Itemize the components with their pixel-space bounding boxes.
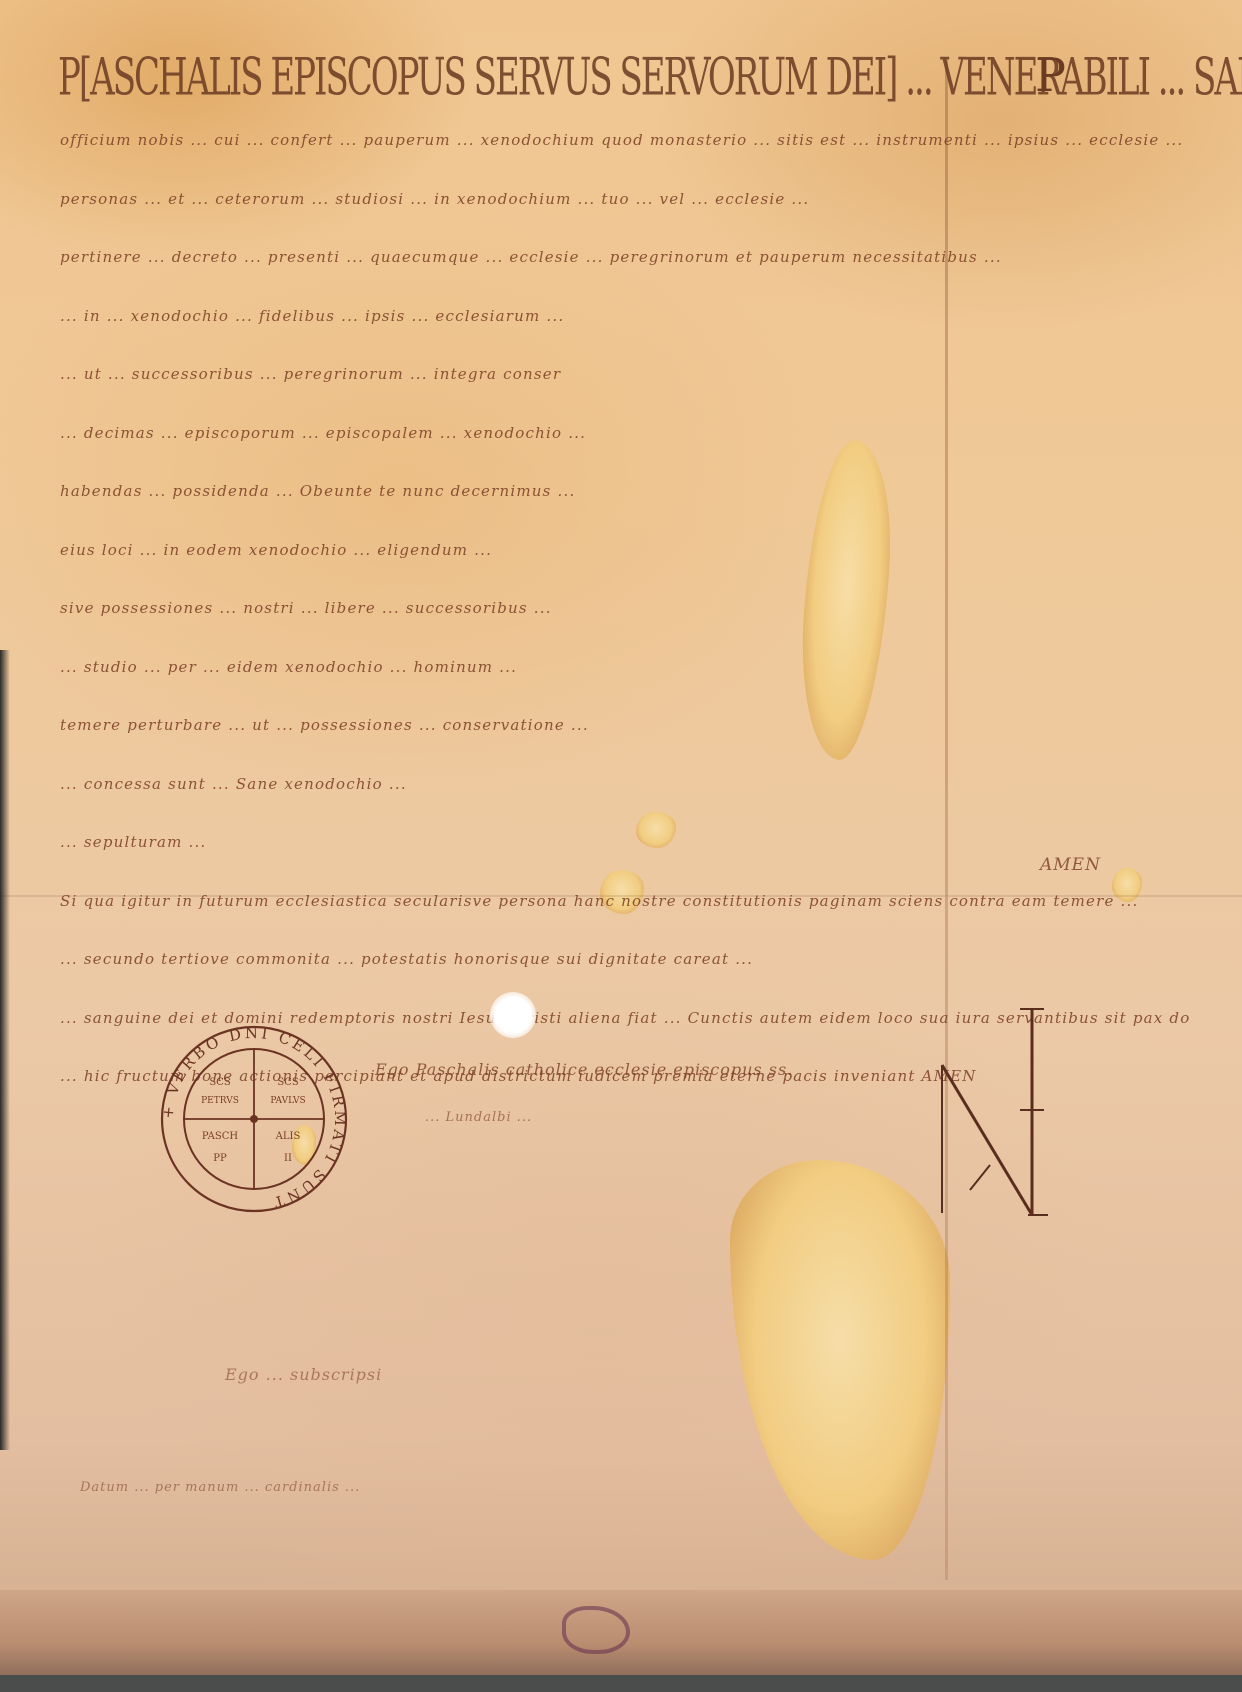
text-line: eius loci ... in eodem xenodochio ... el… — [60, 528, 1190, 572]
text-line: ... sepulturam ... — [60, 820, 1190, 864]
text-line: Si qua igitur in futurum ecclesiastica s… — [60, 879, 1190, 923]
svg-text:PP: PP — [213, 1153, 227, 1164]
document-text: officium nobis ... cui ... confert ... p… — [60, 118, 1190, 1113]
light-glare — [490, 992, 536, 1038]
heading-initial-right: P — [1035, 48, 1066, 102]
svg-text:SCS: SCS — [209, 1077, 231, 1088]
text-line: ... studio ... per ... eidem xenodochio … — [60, 645, 1190, 689]
water-stain-bottom — [730, 1160, 950, 1560]
svg-text:PAVLVS: PAVLVS — [270, 1096, 305, 1106]
text-line: ... decimas ... episcoporum ... episcopa… — [60, 411, 1190, 455]
bene-valete-monogram: BENE VALETE — [920, 1005, 1060, 1235]
text-line: ... concessa sunt ... Sane xenodochio ..… — [60, 762, 1190, 806]
text-line: ... in ... xenodochio ... fidelibus ... … — [60, 294, 1190, 338]
text-line: temere perturbare ... ut ... possessione… — [60, 703, 1190, 747]
left-shadow-edge — [0, 650, 10, 1450]
text-line: habendas ... possidenda ... Obeunte te n… — [60, 469, 1190, 513]
seal-cord-mark — [562, 1606, 630, 1654]
subscription-line-2: ... Lundalbi ... — [425, 1110, 532, 1125]
text-line: personas ... et ... ceterorum ... studio… — [60, 177, 1190, 221]
elongata-heading: P[ASCHALIS EPISCOPUS SERVUS SERVORUM DEI… — [58, 48, 1048, 123]
dating-clause: Datum ... per manum ... cardinalis ... — [80, 1480, 360, 1495]
svg-text:PETRVS: PETRVS — [201, 1096, 239, 1106]
parchment-document: P[ASCHALIS EPISCOPUS SERVUS SERVORUM DEI… — [0, 0, 1242, 1692]
rota-seal: + VERBO DNI CELI FIRMATI SUNT SCS PETRVS… — [158, 1023, 350, 1215]
svg-text:PASCH: PASCH — [202, 1131, 239, 1142]
amen-word: AMEN — [1040, 855, 1101, 875]
subscription-line-3: Ego ... subscripsi — [225, 1365, 382, 1384]
text-line: sive possessiones ... nostri ... libere … — [60, 586, 1190, 630]
text-line: officium nobis ... cui ... confert ... p… — [60, 118, 1190, 162]
text-line: ... ut ... successoribus ... peregrinoru… — [60, 352, 1190, 396]
svg-text:II: II — [284, 1153, 292, 1164]
text-line: pertinere ... decreto ... presenti ... q… — [60, 235, 1190, 279]
papal-subscription: Ego Paschalis catholice ecclesie episcop… — [375, 1060, 793, 1079]
svg-text:SCS: SCS — [277, 1077, 299, 1088]
display-case-edge — [0, 1675, 1242, 1692]
text-line: ... secundo tertiove commonita ... potes… — [60, 937, 1190, 981]
svg-text:ALIS: ALIS — [275, 1131, 301, 1142]
